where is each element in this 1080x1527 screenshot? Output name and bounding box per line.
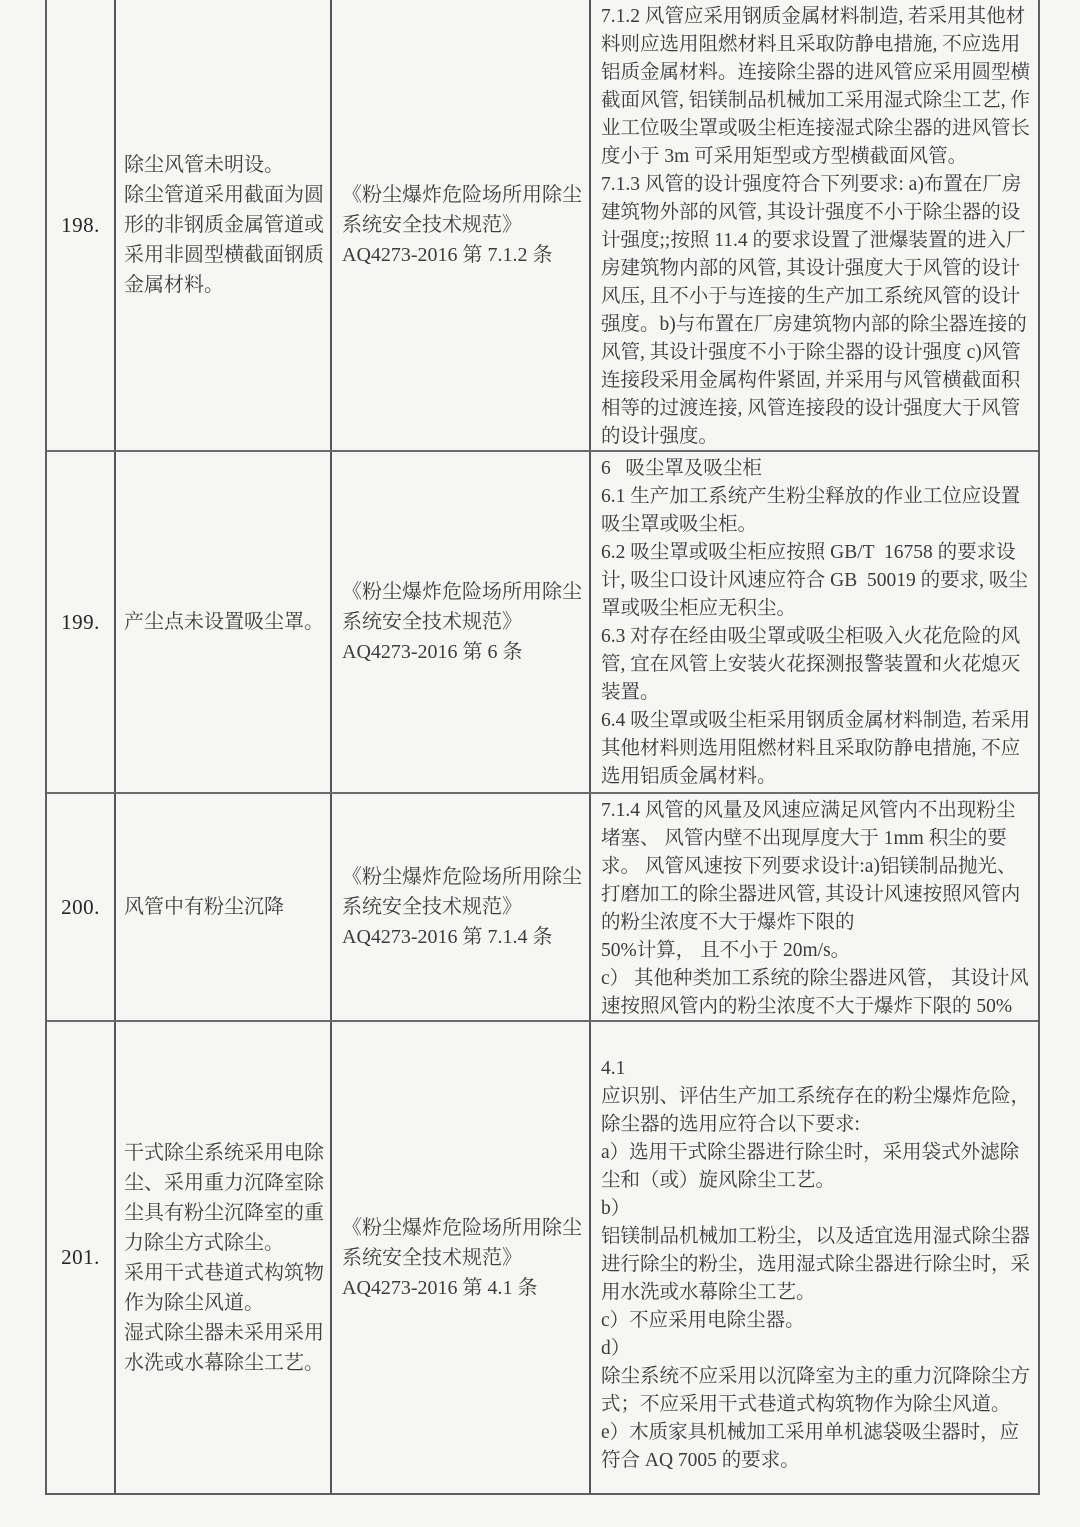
- issue-text: 干式除尘系统采用电除尘、采用重力沉降室除尘具有粉尘沉降室的重力除尘方式除尘。 采…: [124, 1138, 325, 1378]
- standard-cell: 《粉尘爆炸危险场所用除尘系统安全技术规范》 AQ4273-2016 第 7.1.…: [330, 0, 589, 450]
- table-row: 201. 干式除尘系统采用电除尘、采用重力沉降室除尘具有粉尘沉降室的重力除尘方式…: [47, 1020, 1038, 1493]
- issue-text: 除尘风管未明设。 除尘管道采用截面为圆形的非钢质金属管道或采用非圆型横截面钢质金…: [124, 150, 325, 300]
- issue-cell: 除尘风管未明设。 除尘管道采用截面为圆形的非钢质金属管道或采用非圆型横截面钢质金…: [114, 0, 330, 450]
- standard-text: 《粉尘爆炸危险场所用除尘系统安全技术规范》 AQ4273-2016 第 6 条: [342, 577, 584, 667]
- table-row: 200. 风管中有粉尘沉降 《粉尘爆炸危险场所用除尘系统安全技术规范》 AQ42…: [47, 792, 1038, 1020]
- detail-text: 7.1.4 风管的风量及风速应满足风管内不出现粉尘堵塞、 风管内壁不出现厚度大于…: [601, 797, 1030, 1020]
- issue-cell: 风管中有粉尘沉降: [114, 794, 330, 1020]
- issue-cell: 产尘点未设置吸尘罩。: [114, 452, 330, 792]
- row-number-cell: 198.: [47, 0, 114, 450]
- row-number: 199.: [61, 610, 100, 635]
- row-number: 201.: [61, 1245, 100, 1270]
- detail-cell: 7.1.2 风管应采用钢质金属材料制造, 若采用其他材料则应选用阻燃材料且采取防…: [589, 0, 1038, 450]
- detail-text: 7.1.2 风管应采用钢质金属材料制造, 若采用其他材料则应选用阻燃材料且采取防…: [601, 3, 1030, 450]
- detail-cell: 4.1 应识别、评估生产加工系统存在的粉尘爆炸危险，除尘器的选用应符合以下要求:…: [589, 1022, 1038, 1493]
- issue-text: 产尘点未设置吸尘罩。: [124, 607, 324, 637]
- standard-text: 《粉尘爆炸危险场所用除尘系统安全技术规范》 AQ4273-2016 第 7.1.…: [342, 862, 584, 952]
- standard-cell: 《粉尘爆炸危险场所用除尘系统安全技术规范》 AQ4273-2016 第 4.1 …: [330, 1022, 589, 1493]
- issue-cell: 干式除尘系统采用电除尘、采用重力沉降室除尘具有粉尘沉降室的重力除尘方式除尘。 采…: [114, 1022, 330, 1493]
- detail-text: 6 吸尘罩及吸尘柜 6.1 生产加工系统产生粉尘释放的作业工位应设置吸尘罩或吸尘…: [601, 455, 1030, 791]
- table-row: 198. 除尘风管未明设。 除尘管道采用截面为圆形的非钢质金属管道或采用非圆型横…: [47, 0, 1038, 450]
- row-number-cell: 199.: [47, 452, 114, 792]
- row-number: 200.: [61, 895, 100, 920]
- row-number-cell: 200.: [47, 794, 114, 1020]
- row-number-cell: 201.: [47, 1022, 114, 1493]
- scanned-document-page: 198. 除尘风管未明设。 除尘管道采用截面为圆形的非钢质金属管道或采用非圆型横…: [0, 0, 1080, 1527]
- detail-text: 4.1 应识别、评估生产加工系统存在的粉尘爆炸危险，除尘器的选用应符合以下要求:…: [601, 1055, 1030, 1475]
- standard-cell: 《粉尘爆炸危险场所用除尘系统安全技术规范》 AQ4273-2016 第 7.1.…: [330, 794, 589, 1020]
- detail-cell: 6 吸尘罩及吸尘柜 6.1 生产加工系统产生粉尘释放的作业工位应设置吸尘罩或吸尘…: [589, 452, 1038, 792]
- issue-text: 风管中有粉尘沉降: [124, 892, 284, 922]
- standard-text: 《粉尘爆炸危险场所用除尘系统安全技术规范》 AQ4273-2016 第 7.1.…: [342, 180, 584, 270]
- inspection-table: 198. 除尘风管未明设。 除尘管道采用截面为圆形的非钢质金属管道或采用非圆型横…: [45, 0, 1040, 1495]
- standard-text: 《粉尘爆炸危险场所用除尘系统安全技术规范》 AQ4273-2016 第 4.1 …: [342, 1213, 584, 1303]
- standard-cell: 《粉尘爆炸危险场所用除尘系统安全技术规范》 AQ4273-2016 第 6 条: [330, 452, 589, 792]
- table-row: 199. 产尘点未设置吸尘罩。 《粉尘爆炸危险场所用除尘系统安全技术规范》 AQ…: [47, 450, 1038, 792]
- row-number: 198.: [61, 213, 100, 238]
- detail-cell: 7.1.4 风管的风量及风速应满足风管内不出现粉尘堵塞、 风管内壁不出现厚度大于…: [589, 794, 1038, 1020]
